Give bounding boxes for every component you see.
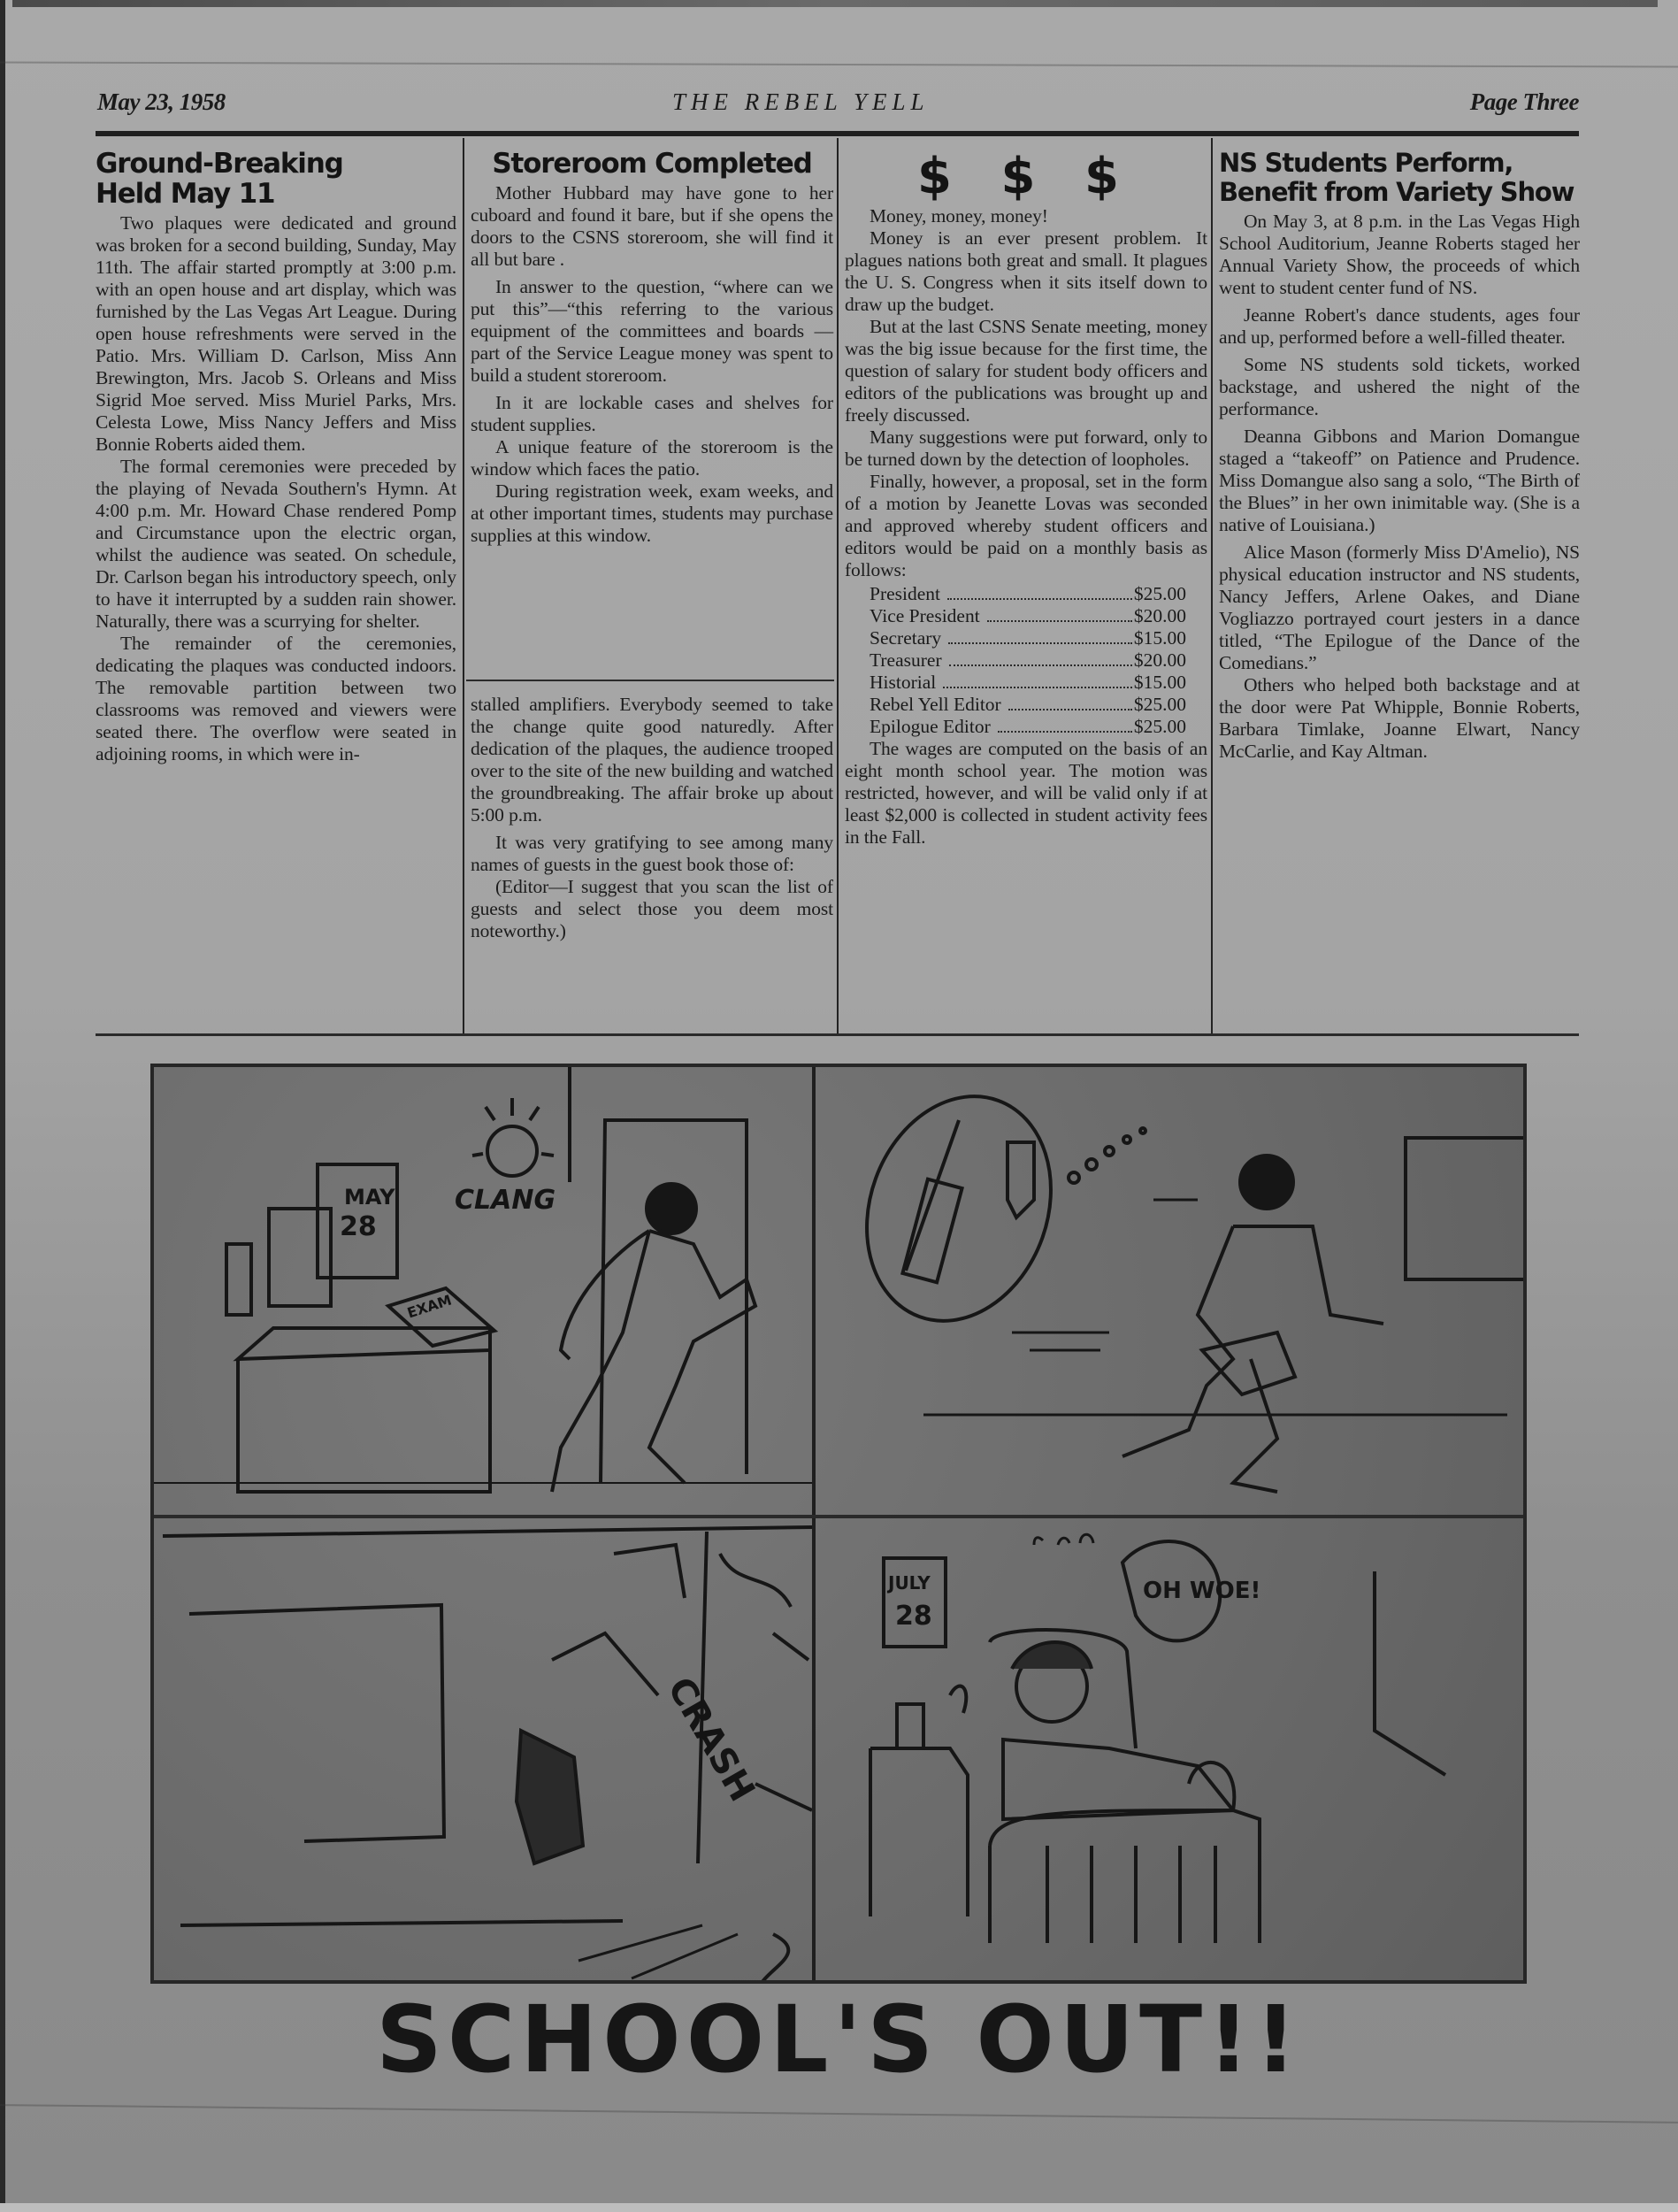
article-paragraph: stalled amplifiers. Everybody seemed to … (471, 694, 833, 826)
sound-effect-crash: CRASH (659, 1671, 762, 1809)
salary-role: Vice President (870, 605, 980, 627)
leader-dots (948, 642, 1132, 644)
article-paragraph: Two plaques were dedicated and ground wa… (96, 212, 456, 456)
salary-amount: $20.00 (1134, 649, 1186, 672)
panel-divider (812, 1067, 816, 1980)
article-headline: NS Students Perform, Benefit from Variet… (1219, 149, 1580, 207)
salary-amount: $15.00 (1134, 672, 1186, 694)
cartoon-panel-exam-day: MAY 28 CLANG EXAM (154, 1067, 812, 1515)
cartoon-drawing: MAY 28 CLANG EXAM (154, 1067, 812, 1515)
salary-row: Epilogue Editor$25.00 (870, 716, 1186, 738)
bell-icon (487, 1126, 537, 1176)
column-divider (837, 138, 839, 1033)
article-ground-breaking-continued: stalled amplifiers. Everybody seemed to … (471, 694, 833, 942)
article-paragraph: Finally, however, a proposal, set in the… (845, 471, 1207, 581)
article-paragraph: (Editor—I suggest that you scan the list… (471, 876, 833, 942)
cartoon-drawing (817, 1067, 1523, 1515)
article-paragraph: Money, money, money! (845, 205, 1207, 227)
article-paragraph: But at the last CSNS Senate meeting, mon… (845, 316, 1207, 426)
cartoon-drawing: CRASH (154, 1518, 812, 1980)
scan-artifact-line (0, 62, 1678, 68)
cartoon-panel-crash: CRASH (154, 1518, 812, 1980)
fishing-rod-icon (906, 1120, 959, 1271)
salary-row: Vice President$20.00 (870, 605, 1186, 627)
salary-row: Treasurer$20.00 (870, 649, 1186, 672)
article-headline: $ $ $ (845, 152, 1207, 202)
article-paragraph: Jeanne Robert's dance students, ages fou… (1219, 304, 1580, 349)
thought-bubble-icon (837, 1071, 1082, 1348)
leader-dots (987, 620, 1132, 622)
masthead-rule (96, 131, 1579, 136)
salary-row: Secretary$15.00 (870, 627, 1186, 649)
masthead: May 23, 1958 THE REBEL YELL Page Three (97, 85, 1579, 124)
article-paragraph: It was very gratifying to see among many… (471, 832, 833, 876)
article-paragraph: Money is an ever present problem. It pla… (845, 227, 1207, 316)
scan-edge-top (12, 0, 1658, 7)
headline-line: Ground-Breaking (96, 149, 456, 179)
calendar-month: MAY (344, 1185, 395, 1210)
article-headline: Ground-Breaking Held May 11 (96, 149, 456, 209)
article-paragraph: The remainder of the ceremonies, dedicat… (96, 633, 456, 765)
article-variety-show: NS Students Perform, Benefit from Variet… (1219, 149, 1580, 763)
article-storeroom: Storeroom Completed Mother Hubbard may h… (471, 149, 833, 547)
calendar-day: 28 (340, 1211, 377, 1242)
article-paragraph: In answer to the question, “where can we… (471, 276, 833, 387)
leader-dots (949, 664, 1132, 666)
article-paragraph: Many suggestions were put forward, only … (845, 426, 1207, 471)
continuation-rule (466, 680, 834, 681)
salary-role: Treasurer (870, 649, 942, 672)
cartoon-panel-sick-in-bed: JULY 28 OH WOE! (817, 1518, 1523, 1980)
leader-dots (1008, 709, 1132, 710)
salary-amount: $25.00 (1134, 583, 1186, 605)
sound-effect-clang: CLANG (455, 1185, 556, 1216)
page-number: Page Three (1470, 88, 1579, 116)
article-money: $ $ $ Money, money, money! Money is an e… (845, 149, 1207, 849)
article-paragraph: Deanna Gibbons and Marion Domangue stage… (1219, 426, 1580, 536)
article-paragraph: Others who helped both backstage and at … (1219, 674, 1580, 763)
salary-role: Epilogue Editor (870, 716, 991, 738)
falling-book-icon (517, 1731, 583, 1863)
salary-role: President (870, 583, 940, 605)
issue-date: May 23, 1958 (97, 88, 226, 116)
salary-amount: $15.00 (1134, 627, 1186, 649)
article-paragraph: Alice Mason (formerly Miss D'Amelio), NS… (1219, 541, 1580, 674)
salary-amount: $25.00 (1134, 716, 1186, 738)
salary-role: Historial (870, 672, 936, 694)
article-paragraph: A unique feature of the storeroom is the… (471, 436, 833, 480)
scan-artifact-line (0, 2104, 1678, 2124)
scan-edge-left (0, 0, 5, 2212)
article-paragraph: During registration week, exam weeks, an… (471, 480, 833, 547)
column-divider (463, 138, 464, 1033)
salary-row: Rebel Yell Editor$25.00 (870, 694, 1186, 716)
article-paragraph: The wages are computed on the basis of a… (845, 738, 1207, 849)
article-paragraph: The formal ceremonies were preceded by t… (96, 456, 456, 633)
salary-row: President$25.00 (870, 583, 1186, 605)
speech-oh-woe: OH WOE! (1143, 1578, 1260, 1604)
salary-role: Rebel Yell Editor (870, 694, 1001, 716)
leader-dots (947, 598, 1132, 600)
panel-divider (154, 1515, 1523, 1518)
column-divider (1211, 138, 1213, 1033)
cartoon-strip: MAY 28 CLANG EXAM (150, 1064, 1527, 1984)
salary-amount: $25.00 (1134, 694, 1186, 716)
article-headline: Storeroom Completed (471, 149, 833, 179)
headline-line: Held May 11 (96, 179, 456, 209)
leader-dots (943, 687, 1132, 688)
headline-line: NS Students Perform, (1219, 149, 1580, 178)
calendar-day: 28 (895, 1601, 932, 1632)
salary-role: Secretary (870, 627, 941, 649)
article-ground-breaking: Ground-Breaking Held May 11 Two plaques … (96, 149, 456, 765)
exam-label: EXAM (405, 1292, 454, 1322)
newspaper-page: May 23, 1958 THE REBEL YELL Page Three G… (0, 0, 1678, 2212)
headline-line: Benefit from Variety Show (1219, 178, 1580, 207)
tackle-icon (1008, 1142, 1034, 1217)
newspaper-title: THE REBEL YELL (672, 88, 930, 116)
schools-out-banner: SCHOOL'S OUT!! (0, 1991, 1678, 2088)
article-paragraph: Some NS students sold tickets, worked ba… (1219, 354, 1580, 420)
section-rule (96, 1033, 1579, 1036)
scan-edge-bottom (0, 2203, 1678, 2212)
salary-table: President$25.00 Vice President$20.00 Sec… (870, 583, 1186, 738)
calendar-month: JULY (886, 1572, 931, 1594)
leader-dots (998, 731, 1132, 733)
salary-row: Historial$15.00 (870, 672, 1186, 694)
article-paragraph: On May 3, at 8 p.m. in the Las Vegas Hig… (1219, 211, 1580, 299)
cartoon-panel-running-to-fish (817, 1067, 1523, 1515)
cartoon-drawing: JULY 28 OH WOE! (817, 1518, 1523, 1980)
salary-amount: $20.00 (1134, 605, 1186, 627)
article-paragraph: Mother Hubbard may have gone to her cubo… (471, 182, 833, 271)
article-paragraph: In it are lockable cases and shelves for… (471, 392, 833, 436)
